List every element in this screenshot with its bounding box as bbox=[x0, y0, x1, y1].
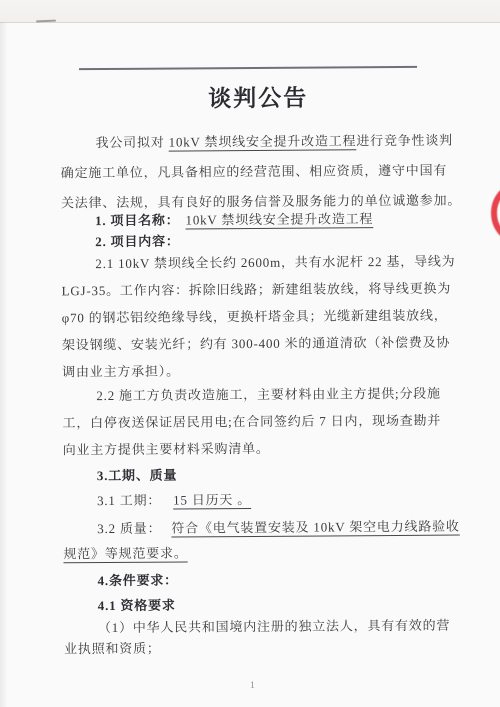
section-4-1-heading: 4.1 资格要求 bbox=[98, 597, 176, 615]
project-name-value: 10kV 禁坝线安全提升改造工程 bbox=[185, 211, 373, 227]
intro-line-3: 关法律、法规，具有良好的服务信誉及服务能力的单位诚邀参加。 bbox=[61, 192, 461, 212]
para-4-1-line-2: 业执照和资质； bbox=[64, 640, 161, 658]
duration-label: 3.1 工期： bbox=[97, 493, 161, 508]
title-divider-line bbox=[79, 66, 417, 70]
document-content: 谈判公告 我公司拟对 10kV 禁坝线安全提升改造工程进行竞争性谈判 确定施工单… bbox=[0, 0, 500, 707]
scanned-page: 谈判公告 我公司拟对 10kV 禁坝线安全提升改造工程进行竞争性谈判 确定施工单… bbox=[0, 0, 500, 707]
para-4-1-line-1: （1）中华人民共和国境内注册的独立法人，具有有效的营 bbox=[98, 617, 450, 636]
intro-line-1-pre: 我公司拟对 bbox=[95, 135, 168, 151]
para-2-1-line-1: 2.1 10kV 禁坝线全长约 2600m，共有水泥杆 22 基，导线为 bbox=[95, 253, 455, 273]
intro-line-2: 确定施工单位，凡具备相应的经营范围、相应资质，遵守中国有 bbox=[61, 162, 448, 182]
quality-value-line-2: 规范》等规范要求。 bbox=[63, 544, 187, 562]
para-2-2-line-1: 2.2 施工方负责改造施工，主要材料由业主方提供;分段施 bbox=[96, 385, 441, 404]
quality-value-line-1: 符合《电气装置安装及 10kV 架空电力线路验收 bbox=[171, 519, 459, 536]
para-2-1-line-3: φ70 的钢芯铝绞绝缘导线，更换杆塔金具；光缆新建组装放线， bbox=[62, 307, 448, 327]
quality-item: 3.2 质量：符合《电气装置安装及 10kV 架空电力线路验收 bbox=[97, 518, 460, 538]
para-2-1-line-5: 调由业主方承担）。 bbox=[62, 362, 180, 380]
section-4-heading: 4.条件要求： bbox=[98, 572, 178, 590]
project-name-label: 1. 项目名称： bbox=[95, 212, 180, 228]
intro-line-1-project-name: 10kV 禁坝线安全提升改造工程 bbox=[169, 133, 357, 149]
page-title: 谈判公告 bbox=[0, 78, 500, 115]
duration-item: 3.1 工期：15 日历天 。 bbox=[97, 491, 251, 509]
project-content-item: 2. 项目内容： bbox=[95, 232, 180, 250]
duration-value: 15 日历天 。 bbox=[173, 492, 251, 508]
page-number: 1 bbox=[2, 678, 500, 692]
para-2-1-line-4: 架设钢缆、安装光纤；约有 300-400 米的通道清砍（补偿费及协 bbox=[62, 334, 450, 354]
project-name-item: 1. 项目名称：10kV 禁坝线安全提升改造工程 bbox=[95, 210, 373, 229]
section-3-heading: 3.工期、质量 bbox=[97, 467, 177, 485]
para-2-1-line-2: LGJ-35。工作内容：拆除旧线路；新建组装放线，将导线更换为 bbox=[62, 280, 452, 300]
para-2-2-line-3: 向业主方提供主要材料采购清单。 bbox=[63, 440, 270, 458]
project-content-label: 2. 项目内容： bbox=[95, 233, 180, 249]
intro-line-1: 我公司拟对 10kV 禁坝线安全提升改造工程进行竞争性谈判 bbox=[95, 132, 453, 151]
para-2-2-line-2: 工，白停夜送保证居民用电;在合同签约后 7 日内，现场查勘并 bbox=[62, 412, 441, 432]
quality-label: 3.2 质量： bbox=[97, 521, 161, 536]
intro-line-1-post: 进行竞争性谈判 bbox=[356, 133, 453, 149]
